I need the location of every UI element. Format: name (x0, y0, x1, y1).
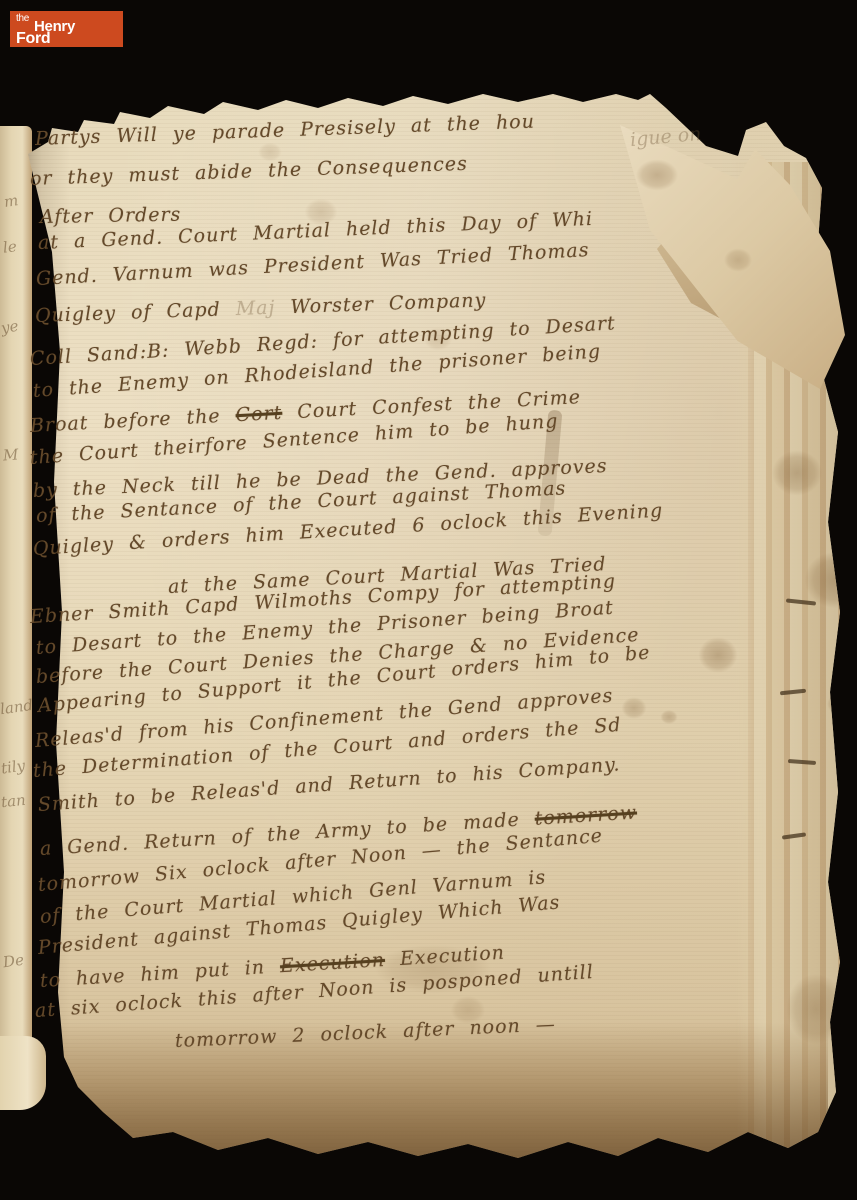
faded-text: Maj (235, 296, 290, 320)
line-text: Worster Company (290, 289, 487, 318)
manuscript-line: tomorrow 2 oclock after noon — (175, 1013, 557, 1052)
henry-ford-logo: the Henry Ford (10, 11, 123, 47)
manuscript-line: Quigley of Capd Maj Worster Company (35, 289, 487, 327)
logo-text-the: the (16, 14, 29, 24)
line-text: Partys Will ye parade Presisely at the h… (35, 111, 536, 150)
struck-text: Execution (279, 949, 385, 977)
logo-text-ford: Ford (16, 31, 50, 47)
line-text: After Orders (40, 204, 182, 228)
manuscript-text: Partys Will ye parade Presisely at the h… (0, 0, 857, 1200)
struck-text: Cort (235, 402, 283, 426)
manuscript-line: Partys Will ye parade Presisely at the h… (35, 111, 536, 150)
manuscript-line: After Orders (40, 204, 182, 228)
line-text: or they must abide the Consequences (30, 153, 469, 190)
line-text: tomorrow 2 oclock after noon — (175, 1013, 557, 1052)
manuscript-line: or they must abide the Consequences (30, 153, 469, 190)
line-text: Quigley of Capd (35, 298, 237, 327)
line-text: Execution (384, 942, 505, 971)
line-text: Broat before the (29, 404, 236, 437)
